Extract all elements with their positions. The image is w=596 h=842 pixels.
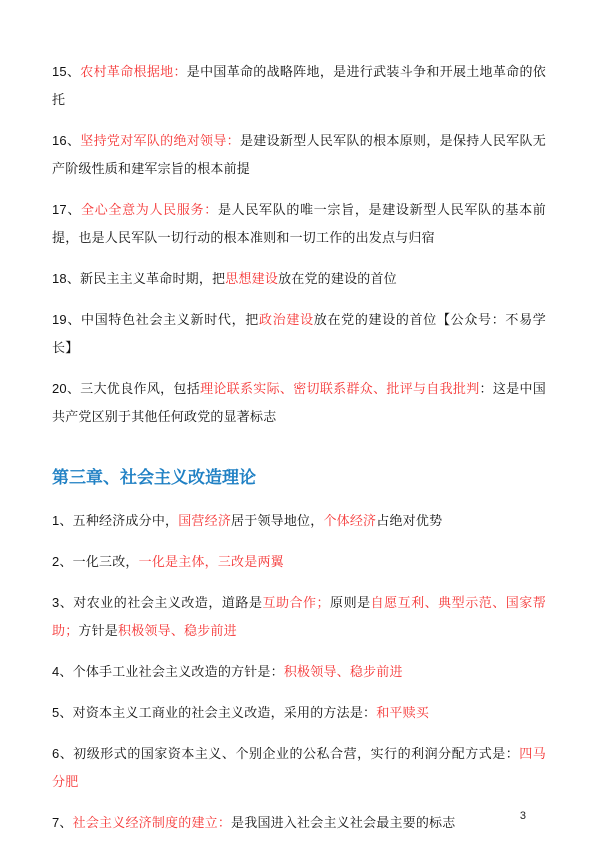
highlighted-text-segment: 思想建设 <box>225 271 278 286</box>
note-item: 5、对资本主义工商业的社会主义改造，采用的方法是：和平赎买 <box>52 699 546 727</box>
highlighted-text-segment: 一化是主体，三改是两翼 <box>139 554 284 569</box>
text-segment: 放在党的建设的首位 <box>278 271 397 286</box>
text-segment: 7、 <box>52 815 73 830</box>
highlighted-text-segment: 积极领导、稳步前进 <box>118 623 237 638</box>
text-segment: 占绝对优势 <box>376 513 442 528</box>
text-segment: 3、对农业的社会主义改造，道路是 <box>52 595 262 610</box>
highlighted-text-segment: 社会主义经济制度的建立： <box>73 815 231 830</box>
text-segment: 是我国进入社会主义社会最主要的标志 <box>231 815 455 830</box>
page-number: 3 <box>520 810 526 822</box>
note-item: 16、坚持党对军队的绝对领导：是建设新型人民军队的根本原则，是保持人民军队无产阶… <box>52 127 546 183</box>
highlighted-text-segment: 农村革命根据地： <box>80 64 186 79</box>
note-item: 4、个体手工业社会主义改造的方针是：积极领导、稳步前进 <box>52 658 546 686</box>
highlighted-text-segment: 积极领导、稳步前进 <box>284 664 403 679</box>
highlighted-text-segment: 国营经济 <box>178 513 231 528</box>
text-segment: 19、中国特色社会主义新时代，把 <box>52 312 259 327</box>
text-segment: 17、 <box>52 202 81 217</box>
highlighted-text-segment: 全心全意为人民服务： <box>81 202 218 217</box>
note-item: 18、新民主主义革命时期，把思想建设放在党的建设的首位 <box>52 265 546 293</box>
text-segment: 方针是 <box>78 623 118 638</box>
note-item: 2、一化三改，一化是主体，三改是两翼 <box>52 548 546 576</box>
text-segment: 20、三大优良作风，包括 <box>52 381 200 396</box>
highlighted-text-segment: 和平赎买 <box>376 705 429 720</box>
note-item: 19、中国特色社会主义新时代，把政治建设放在党的建设的首位【公众号：不易学长】 <box>52 306 546 362</box>
highlighted-text-segment: 政治建设 <box>259 312 314 327</box>
highlighted-text-segment: 坚持党对军队的绝对领导： <box>80 133 240 148</box>
text-segment: 4、个体手工业社会主义改造的方针是： <box>52 664 284 679</box>
note-item: 15、农村革命根据地：是中国革命的战略阵地，是进行武装斗争和开展土地革命的依托 <box>52 58 546 114</box>
text-segment: 15、 <box>52 64 80 79</box>
highlighted-text-segment: 互助合作； <box>262 595 329 610</box>
highlighted-text-segment: 理论联系实际、密切联系群众、批评与自我批判 <box>200 381 479 396</box>
notes-content: 15、农村革命根据地：是中国革命的战略阵地，是进行武装斗争和开展土地革命的依托1… <box>0 0 596 837</box>
text-segment: 18、新民主主义革命时期，把 <box>52 271 225 286</box>
chapter-heading: 第三章、社会主义改造理论 <box>52 465 546 491</box>
text-segment: 1、五种经济成分中， <box>52 513 178 528</box>
text-segment: 居于领导地位， <box>231 513 323 528</box>
note-item: 17、全心全意为人民服务：是人民军队的唯一宗旨，是建设新型人民军队的基本前提，也… <box>52 196 546 252</box>
text-segment: 原则是 <box>330 595 371 610</box>
note-item: 6、初级形式的国家资本主义、个别企业的公私合营，实行的利润分配方式是：四马分肥 <box>52 740 546 796</box>
text-segment: 16、 <box>52 133 80 148</box>
note-item: 3、对农业的社会主义改造，道路是互助合作；原则是自愿互利、典型示范、国家帮助；方… <box>52 589 546 645</box>
text-segment: 6、初级形式的国家资本主义、个别企业的公私合营，实行的利润分配方式是： <box>52 746 519 761</box>
note-item: 1、五种经济成分中，国营经济居于领导地位，个体经济占绝对优势 <box>52 507 546 535</box>
text-segment: 5、对资本主义工商业的社会主义改造，采用的方法是： <box>52 705 376 720</box>
note-item: 20、三大优良作风，包括理论联系实际、密切联系群众、批评与自我批判：这是中国共产… <box>52 375 546 431</box>
highlighted-text-segment: 个体经济 <box>323 513 376 528</box>
note-item: 7、社会主义经济制度的建立：是我国进入社会主义社会最主要的标志 <box>52 809 546 837</box>
text-segment: 2、一化三改， <box>52 554 139 569</box>
document-page: 15、农村革命根据地：是中国革命的战略阵地，是进行武装斗争和开展土地革命的依托1… <box>0 0 596 842</box>
